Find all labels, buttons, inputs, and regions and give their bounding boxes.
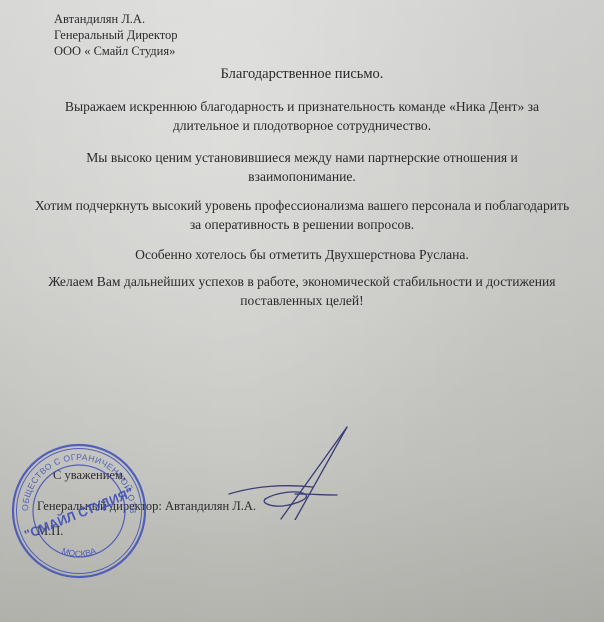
paragraph-partnership: Мы высоко ценим установившиеся между нам… [0,148,604,186]
paragraph-line: Мы высоко ценим установившиеся между нам… [0,148,604,167]
paragraph-line: Желаем Вам дальнейших успехов в работе, … [0,272,604,291]
sender-position: Генеральный Директор [54,27,178,43]
handwritten-signature-icon [225,410,355,520]
paragraph-line: взаимопонимание. [0,167,604,186]
sender-name: Автандилян Л.А. [54,11,178,27]
paragraph-gratitude: Выражаем искреннюю благодарность и призн… [0,97,604,135]
paragraph-professionalism: Хотим подчеркнуть высокий уровень профес… [0,196,604,234]
stamp-city: МОСКВА [61,545,98,558]
sender-company: ООО « Смайл Студия» [54,43,178,59]
paragraph-line: поставленных целей! [0,291,604,310]
paragraph-line: за оперативность в решении вопросов. [0,215,604,234]
company-stamp-icon: ОБЩЕСТВО С ОГРАНИЧЕННОЙ ОТВЕТСТВЕННОСТЬЮ… [10,442,148,580]
svg-text:МОСКВА: МОСКВА [61,545,98,558]
paragraph-line: Выражаем искреннюю благодарность и призн… [0,97,604,116]
paragraph-line: Хотим подчеркнуть высокий уровень профес… [0,196,604,215]
paragraph-mention: Особенно хотелось бы отметить Двухшерстн… [0,245,604,264]
letter-title: Благодарственное письмо. [0,66,604,83]
paragraph-line: длительное и плодотворное сотрудничество… [0,116,604,135]
paragraph-line: Особенно хотелось бы отметить Двухшерстн… [0,245,604,264]
paragraph-wishes: Желаем Вам дальнейших успехов в работе, … [0,272,604,310]
sender-block: Автандилян Л.А. Генеральный Директор ООО… [54,11,178,59]
